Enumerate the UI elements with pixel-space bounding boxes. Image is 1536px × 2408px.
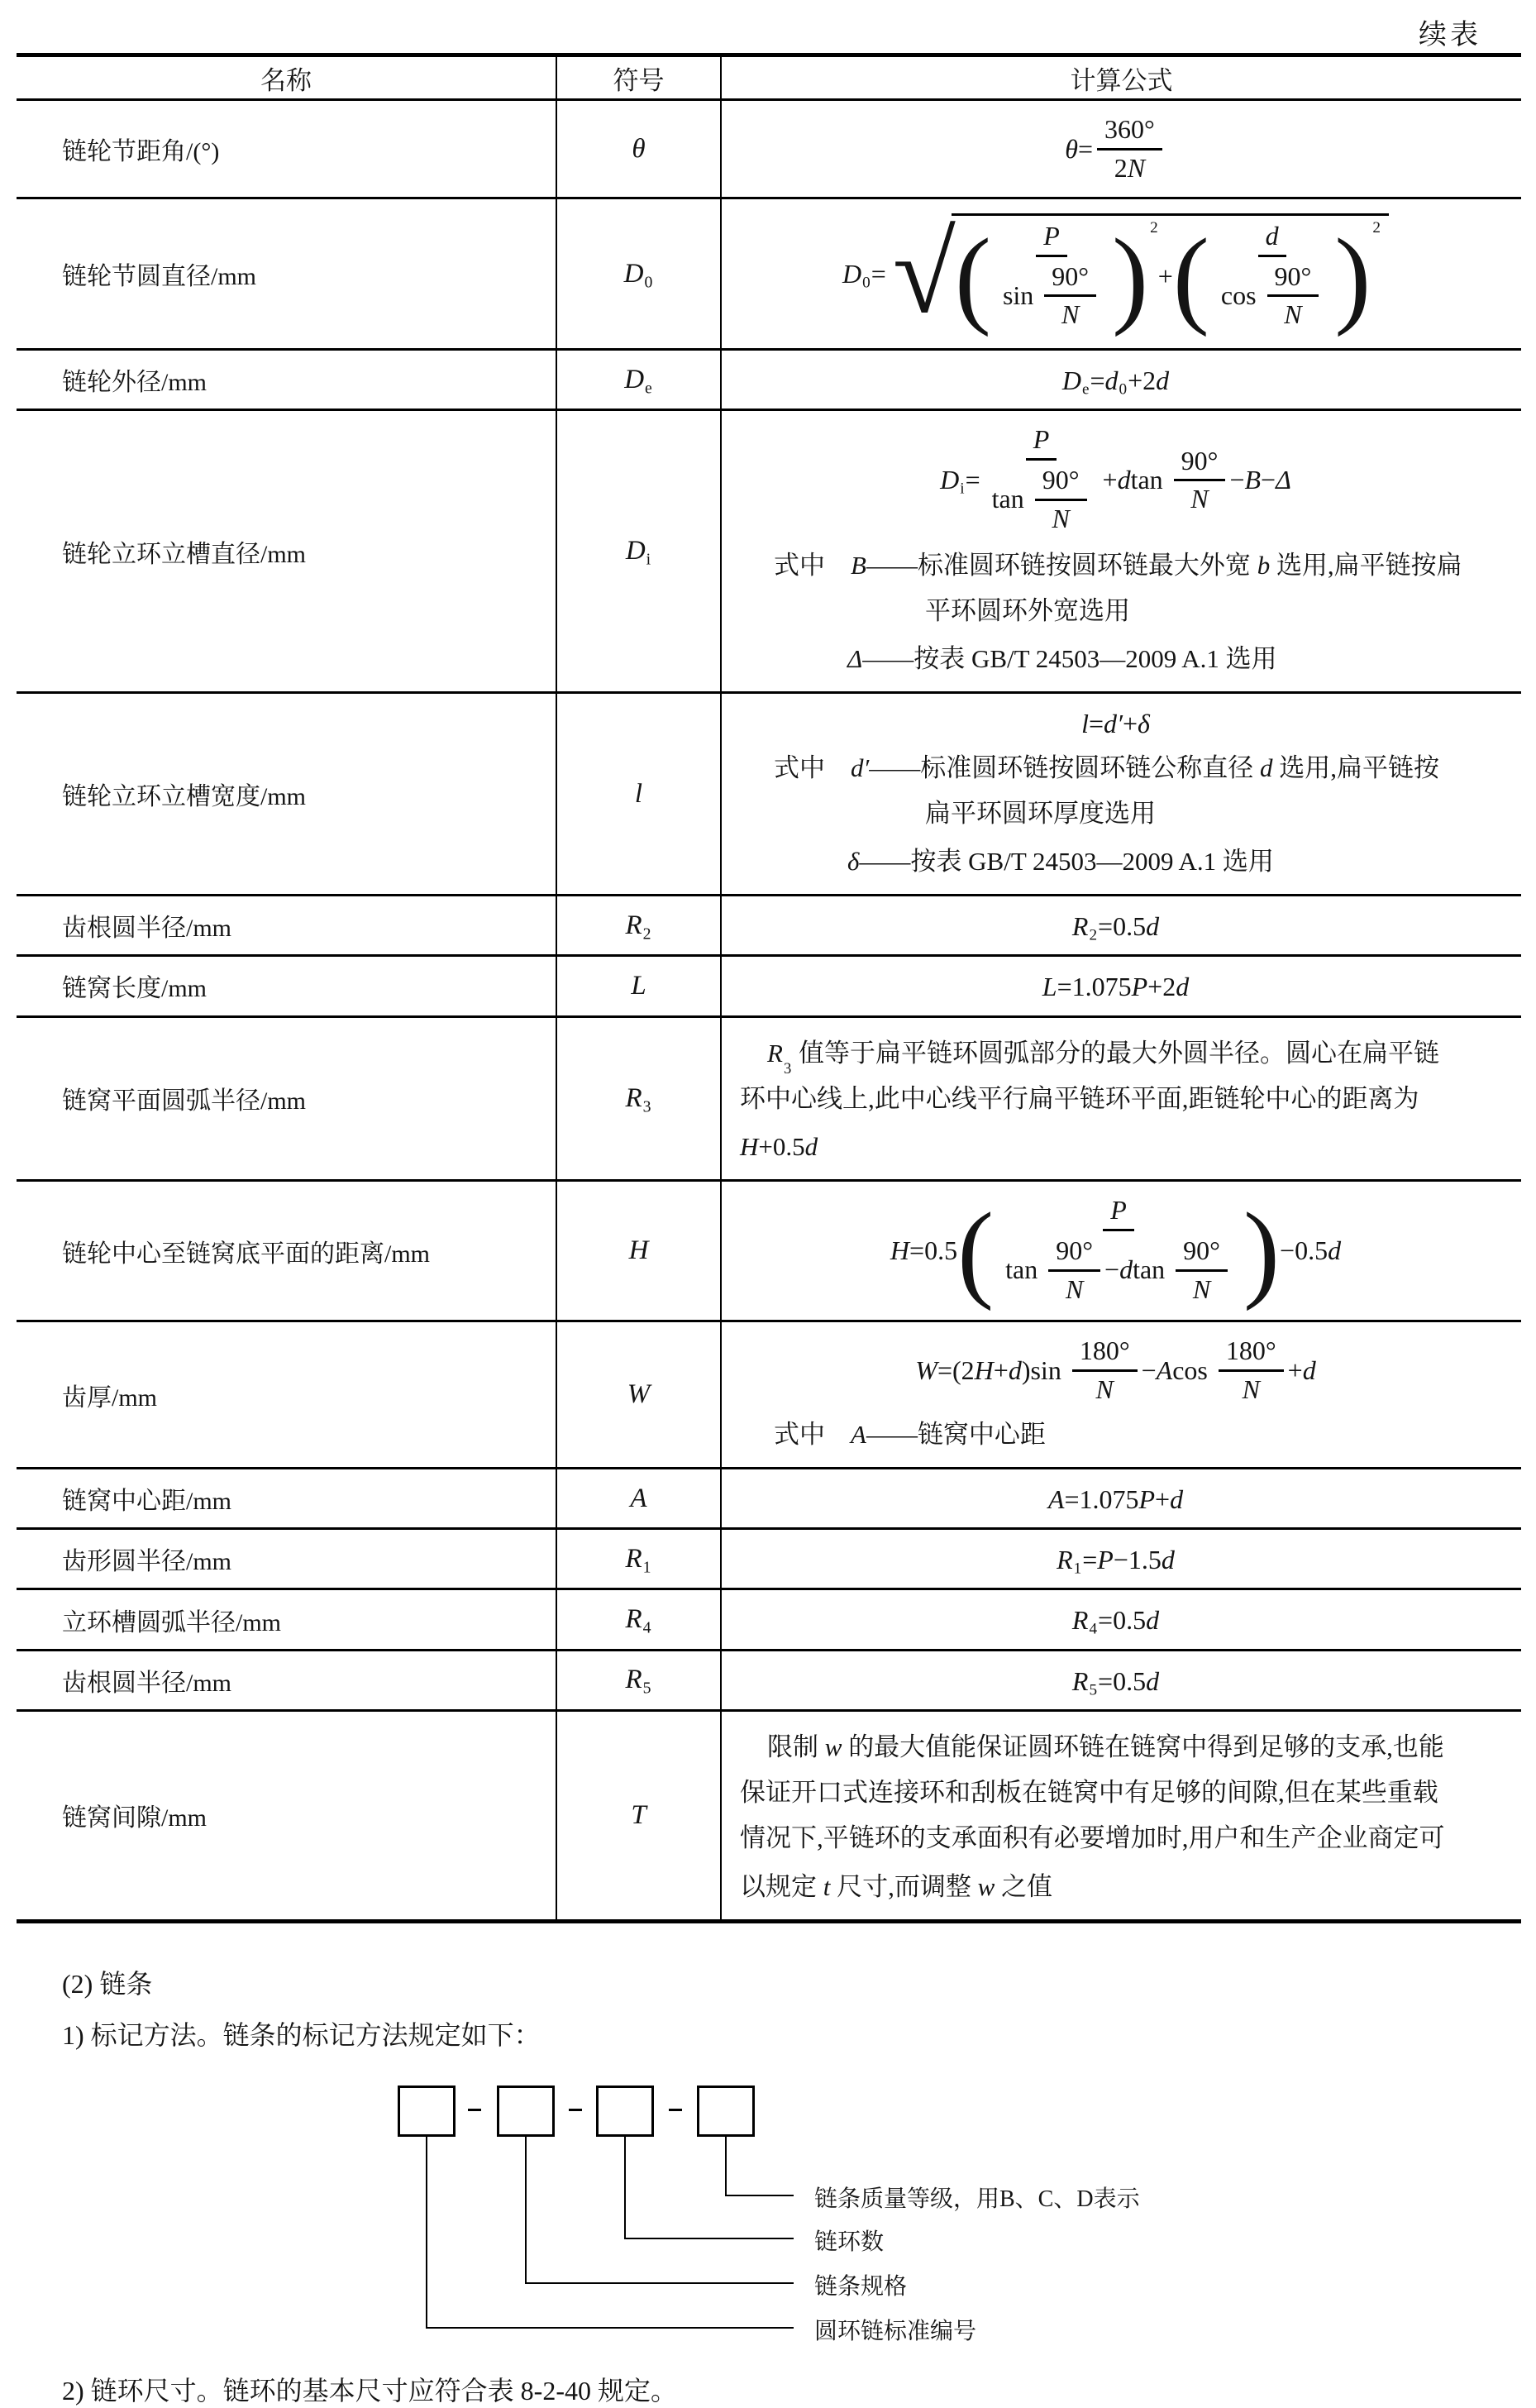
- table-row: 链窝间隙/mmT限制 w 的最大值能保证圆环链在链窝中得到足够的支承,也能保证开…: [17, 1712, 1521, 1919]
- table-header-row: 名称 符号 计算公式: [17, 57, 1521, 101]
- symbol-cell: R2: [557, 896, 722, 954]
- formula-cell: De=d0+2d: [722, 351, 1521, 408]
- table-row: 链轮立环立槽宽度/mmll=d′+δ式中 d′——标准圆环链按圆环链公称直径 d…: [17, 694, 1521, 896]
- name-cell: 齿形圆半径/mm: [17, 1530, 557, 1588]
- dash-separator: [468, 2109, 481, 2111]
- formula-line: 扁平环圆环厚度选用: [722, 791, 1510, 836]
- table-row: 齿形圆半径/mmR1R1=P−1.5d: [17, 1530, 1521, 1590]
- formula-line: R5=0.5d: [1072, 1665, 1159, 1696]
- marking-method-text: 1) 标记方法。链条的标记方法规定如下：: [0, 2014, 1536, 2052]
- formula-line: Di=Ptan 90°N+dtan 90°N−B−Δ: [940, 424, 1291, 536]
- parameter-name: 链窝间隙/mm: [62, 1797, 207, 1833]
- formula-cell: R1=P−1.5d: [722, 1530, 1521, 1588]
- parameter-name: 齿厚/mm: [62, 1377, 157, 1413]
- connector-line-horizontal: [725, 2195, 794, 2196]
- formula-line: Δ——按表 GB/T 24503—2009 A.1 选用: [722, 633, 1510, 681]
- section-2-heading: (2) 链条: [0, 1963, 1536, 2001]
- parameter-name: 链窝长度/mm: [62, 967, 207, 1004]
- formula-cell: R3 值等于扁平链环圆弧部分的最大外圆半径。圆心在扁平链环中心线上,此中心线平行…: [722, 1018, 1521, 1180]
- connector-line-vertical: [525, 2137, 527, 2284]
- formula-line: θ=360°2N: [1065, 114, 1166, 184]
- table-row: 链轮节距角/(°)θθ=360°2N: [17, 101, 1521, 199]
- symbol-cell: R3: [557, 1018, 722, 1180]
- parameter-name: 链窝中心距/mm: [62, 1480, 231, 1517]
- formula-cell: H=0.5(Ptan 90°N−dtan 90°N)−0.5d: [722, 1182, 1521, 1320]
- name-cell: 链轮中心至链窝底平面的距离/mm: [17, 1182, 557, 1320]
- symbol-cell: A: [557, 1469, 722, 1527]
- table-row: 链窝平面圆弧半径/mmR3R3 值等于扁平链环圆弧部分的最大外圆半径。圆心在扁平…: [17, 1018, 1521, 1182]
- formula-line: 情况下,平链环的支承面积有必要增加时,用户和生产企业商定可: [722, 1815, 1510, 1861]
- formula-line: 式中 d′——标准圆环链按圆环链公称直径 d 选用,扁平链按: [722, 742, 1510, 790]
- connector-line-vertical: [426, 2137, 427, 2329]
- diagram-label: 链条规格: [814, 2268, 907, 2301]
- connector-line-horizontal: [426, 2327, 794, 2329]
- parameter-name: 齿根圆半径/mm: [62, 907, 231, 944]
- parameter-name: 链轮立环立槽宽度/mm: [62, 776, 306, 812]
- link-size-text: 2) 链环尺寸。链环的基本尺寸应符合表 8-2-40 规定。: [0, 2370, 1536, 2408]
- designation-box: [398, 2085, 456, 2137]
- header-cell-name: 名称: [17, 57, 557, 98]
- table-row: 链窝长度/mmLL=1.075P+2d: [17, 957, 1521, 1017]
- diagram-label: 链环数: [814, 2224, 884, 2257]
- designation-box: [497, 2085, 555, 2137]
- table-row: 链窝中心距/mmAA=1.075P+d: [17, 1469, 1521, 1530]
- diagram-label: 链条质量等级，用B、C、D表示: [814, 2181, 1140, 2214]
- formula-cell: R2=0.5d: [722, 896, 1521, 954]
- formula-cell: D0= √(Psin 90°N)2+(dcos 90°N)2: [722, 199, 1521, 348]
- formula-table: 名称 符号 计算公式 链轮节距角/(°)θθ=360°2N链轮节圆直径/mmD0…: [17, 53, 1521, 1923]
- symbol-cell: H: [557, 1182, 722, 1320]
- symbol-cell: De: [557, 351, 722, 408]
- parameter-name: 链窝平面圆弧半径/mm: [62, 1080, 306, 1116]
- formula-cell: R4=0.5d: [722, 1590, 1521, 1648]
- symbol-cell: R5: [557, 1651, 722, 1709]
- symbol-cell: L: [557, 957, 722, 1015]
- symbol-cell: T: [557, 1712, 722, 1919]
- parameter-name: 立环槽圆弧半径/mm: [62, 1602, 281, 1638]
- formula-line: W=(2H+d)sin 180°N−Acos 180°N+d: [915, 1335, 1315, 1405]
- name-cell: 链轮立环立槽直径/mm: [17, 411, 557, 691]
- table-row: 齿根圆半径/mmR2R2=0.5d: [17, 896, 1521, 957]
- connector-line-vertical: [624, 2137, 626, 2239]
- formula-line: R1=P−1.5d: [1057, 1543, 1175, 1574]
- name-cell: 链窝中心距/mm: [17, 1469, 557, 1527]
- formula-line: D0= √(Psin 90°N)2+(dcos 90°N)2: [842, 213, 1389, 334]
- name-cell: 齿根圆半径/mm: [17, 896, 557, 954]
- formula-cell: l=d′+δ式中 d′——标准圆环链按圆环链公称直径 d 选用,扁平链按扁平环圆…: [722, 694, 1521, 894]
- formula-line: H=0.5(Ptan 90°N−dtan 90°N)−0.5d: [890, 1195, 1341, 1307]
- parameter-name: 齿根圆半径/mm: [62, 1662, 231, 1698]
- name-cell: 链轮节圆直径/mm: [17, 199, 557, 348]
- formula-line: l=d′+δ: [1081, 707, 1150, 738]
- formula-cell: R5=0.5d: [722, 1651, 1521, 1709]
- dash-separator: [669, 2109, 682, 2111]
- parameter-name: 链轮立环立槽直径/mm: [62, 533, 306, 570]
- table-row: 齿根圆半径/mmR5R5=0.5d: [17, 1651, 1521, 1712]
- formula-line: L=1.075P+2d: [1042, 970, 1189, 1001]
- table-row: 立环槽圆弧半径/mmR4R4=0.5d: [17, 1590, 1521, 1651]
- dash-separator: [569, 2109, 582, 2111]
- page: 续表 名称 符号 计算公式 链轮节距角/(°)θθ=360°2N链轮节圆直径/m…: [0, 0, 1536, 2408]
- continued-table-label: 续表: [1419, 12, 1481, 52]
- diagram-label: 圆环链标准编号: [814, 2313, 976, 2346]
- parameter-name: 链轮外径/mm: [62, 361, 207, 398]
- formula-line: 式中 A——链窝中心距: [722, 1409, 1510, 1457]
- formula-line: A=1.075P+d: [1048, 1483, 1183, 1514]
- symbol-cell: D0: [557, 199, 722, 348]
- name-cell: 齿根圆半径/mm: [17, 1651, 557, 1709]
- formula-cell: Di=Ptan 90°N+dtan 90°N−B−Δ式中 B——标准圆环链按圆环…: [722, 411, 1521, 691]
- name-cell: 链窝间隙/mm: [17, 1712, 557, 1919]
- formula-cell: L=1.075P+2d: [722, 957, 1521, 1015]
- symbol-cell: l: [557, 694, 722, 894]
- formula-cell: θ=360°2N: [722, 101, 1521, 197]
- formula-line: De=d0+2d: [1062, 364, 1169, 395]
- name-cell: 链窝长度/mm: [17, 957, 557, 1015]
- name-cell: 链窝平面圆弧半径/mm: [17, 1018, 557, 1180]
- formula-line: 式中 B——标准圆环链按圆环链最大外宽 b 选用,扁平链按扁: [722, 539, 1510, 587]
- symbol-cell: R4: [557, 1590, 722, 1648]
- name-cell: 链轮外径/mm: [17, 351, 557, 408]
- parameter-name: 齿形圆半径/mm: [62, 1541, 231, 1577]
- chain-designation-diagram: 链条质量等级，用B、C、D表示链环数链条规格圆环链标准编号: [0, 2071, 1536, 2350]
- parameter-name: 链轮中心至链窝底平面的距离/mm: [62, 1233, 430, 1269]
- designation-box: [697, 2085, 755, 2137]
- symbol-cell: Di: [557, 411, 722, 691]
- formula-cell: A=1.075P+d: [722, 1469, 1521, 1527]
- parameter-name: 链轮节距角/(°): [62, 131, 219, 167]
- name-cell: 齿厚/mm: [17, 1322, 557, 1467]
- formula-line: 以规定 t 尺寸,而调整 w 之值: [722, 1861, 1510, 1909]
- table-row: 链轮外径/mmDeDe=d0+2d: [17, 351, 1521, 411]
- formula-line: 限制 w 的最大值能保证圆环链在链窝中得到足够的支承,也能: [722, 1722, 1510, 1770]
- formula-line: R3 值等于扁平链环圆弧部分的最大外圆半径。圆心在扁平链: [722, 1028, 1510, 1076]
- symbol-cell: W: [557, 1322, 722, 1467]
- table-row: 链轮中心至链窝底平面的距离/mmHH=0.5(Ptan 90°N−dtan 90…: [17, 1182, 1521, 1322]
- table-row: 链轮节圆直径/mmD0D0= √(Psin 90°N)2+(dcos 90°N)…: [17, 199, 1521, 351]
- formula-line: 保证开口式连接环和刮板在链窝中有足够的间隙,但在某些重载: [722, 1770, 1510, 1815]
- designation-box: [596, 2085, 654, 2137]
- formula-line: R2=0.5d: [1072, 910, 1159, 941]
- name-cell: 链轮节距角/(°): [17, 101, 557, 197]
- table-row: 链轮立环立槽直径/mmDiDi=Ptan 90°N+dtan 90°N−B−Δ式…: [17, 411, 1521, 694]
- formula-cell: 限制 w 的最大值能保证圆环链在链窝中得到足够的支承,也能保证开口式连接环和刮板…: [722, 1712, 1521, 1919]
- header-cell-formula: 计算公式: [722, 57, 1521, 98]
- symbol-cell: θ: [557, 101, 722, 197]
- parameter-name: 链轮节圆直径/mm: [62, 256, 256, 292]
- table-row: 齿厚/mmWW=(2H+d)sin 180°N−Acos 180°N+d式中 A…: [17, 1322, 1521, 1469]
- header-cell-symbol: 符号: [557, 57, 722, 98]
- formula-line: δ——按表 GB/T 24503—2009 A.1 选用: [722, 836, 1510, 884]
- table-body: 链轮节距角/(°)θθ=360°2N链轮节圆直径/mmD0D0= √(Psin …: [17, 101, 1521, 1919]
- formula-line: R4=0.5d: [1072, 1603, 1159, 1635]
- formula-line: H+0.5d: [722, 1121, 1510, 1169]
- name-cell: 链轮立环立槽宽度/mm: [17, 694, 557, 894]
- connector-line-horizontal: [525, 2282, 794, 2284]
- connector-line-vertical: [725, 2137, 727, 2196]
- formula-line: 环中心线上,此中心线平行扁平链环平面,距链轮中心的距离为: [722, 1076, 1510, 1121]
- formula-cell: W=(2H+d)sin 180°N−Acos 180°N+d式中 A——链窝中心…: [722, 1322, 1521, 1467]
- formula-line: 平环圆环外宽选用: [722, 588, 1510, 633]
- name-cell: 立环槽圆弧半径/mm: [17, 1590, 557, 1648]
- symbol-cell: R1: [557, 1530, 722, 1588]
- connector-line-horizontal: [624, 2238, 794, 2239]
